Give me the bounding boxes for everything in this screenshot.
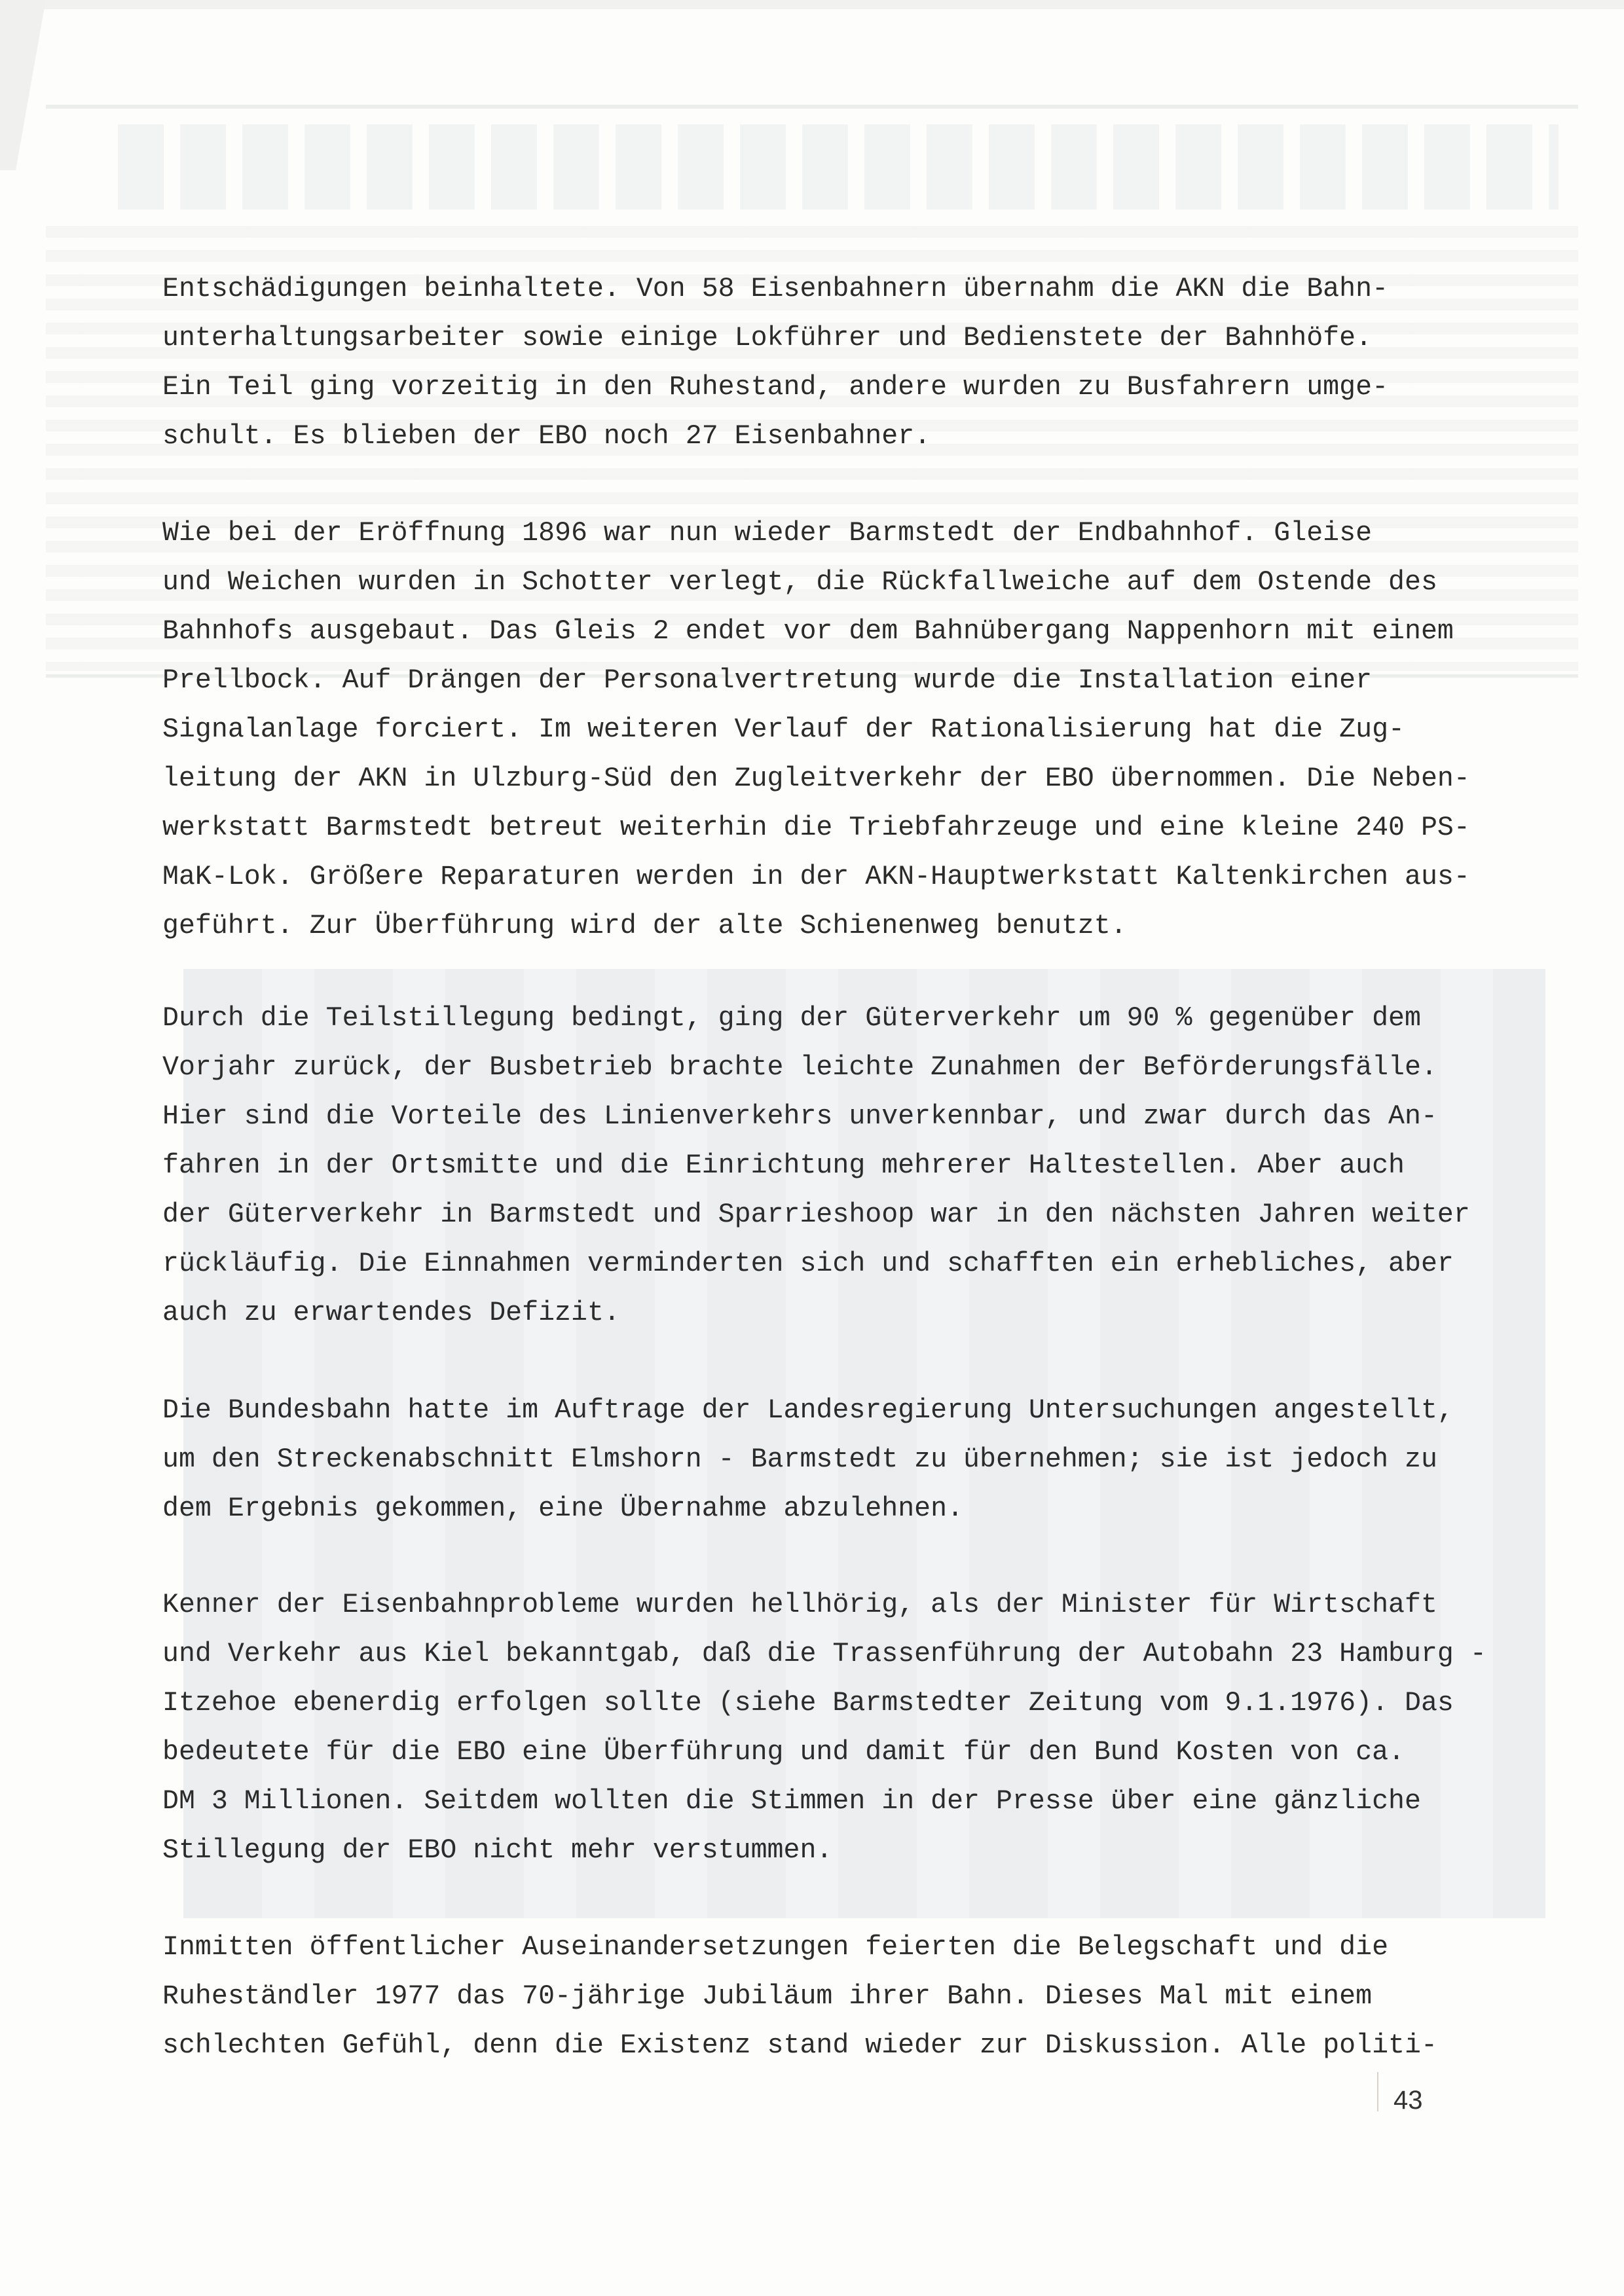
text-line: MaK-Lok. Größere Reparaturen werden in d… xyxy=(162,852,1470,902)
text-line: DM 3 Millionen. Seitdem wollten die Stim… xyxy=(162,1777,1486,1826)
text-line: leitung der AKN in Ulzburg-Süd den Zugle… xyxy=(162,754,1470,803)
text-line: der Güterverkehr in Barmstedt und Sparri… xyxy=(162,1190,1470,1239)
paragraph-bundesbahn-study: Die Bundesbahn hatte im Auftrage der Lan… xyxy=(162,1386,1454,1533)
text-line: schult. Es blieben der EBO noch 27 Eisen… xyxy=(162,412,1388,461)
text-line: schlechten Gefühl, denn die Existenz sta… xyxy=(162,2021,1437,2070)
folded-corner-shadow xyxy=(0,0,52,170)
text-line: Kenner der Eisenbahnprobleme wurden hell… xyxy=(162,1580,1486,1630)
text-line: Entschädigungen beinhaltete. Von 58 Eise… xyxy=(162,264,1388,314)
paragraph-anniversary: Inmitten öffentlicher Auseinandersetzung… xyxy=(162,1923,1437,2070)
text-line: Prellbock. Auf Drängen der Personalvertr… xyxy=(162,656,1470,705)
text-line: rückläufig. Die Einnahmen verminderten s… xyxy=(162,1239,1470,1288)
text-line: um den Streckenabschnitt Elmshorn - Barm… xyxy=(162,1435,1454,1484)
text-line: Signalanlage forciert. Im weiteren Verla… xyxy=(162,705,1470,754)
scan-edge xyxy=(0,0,1624,9)
text-line: Ein Teil ging vorzeitig in den Ruhestand… xyxy=(162,363,1388,412)
text-line: unterhaltungsarbeiter sowie einige Lokfü… xyxy=(162,314,1388,363)
text-line: auch zu erwartendes Defizit. xyxy=(162,1288,1470,1338)
show-through-headline xyxy=(118,124,1559,210)
scan-mark xyxy=(1377,2072,1378,2111)
text-line: Ruheständler 1977 das 70-jährige Jubiläu… xyxy=(162,1972,1437,2021)
text-line: Wie bei der Eröffnung 1896 war nun wiede… xyxy=(162,509,1470,558)
show-through-rule xyxy=(46,105,1578,109)
text-line: Durch die Teilstillegung bedingt, ging d… xyxy=(162,994,1470,1043)
text-line: und Weichen wurden in Schotter verlegt, … xyxy=(162,558,1470,607)
paragraph-barmstedt-terminus: Wie bei der Eröffnung 1896 war nun wiede… xyxy=(162,509,1470,951)
text-line: werkstatt Barmstedt betreut weiterhin di… xyxy=(162,803,1470,852)
text-line: Hier sind die Vorteile des Linienverkehr… xyxy=(162,1092,1470,1141)
text-line: bedeutete für die EBO eine Überführung u… xyxy=(162,1728,1486,1777)
text-line: und Verkehr aus Kiel bekanntgab, daß die… xyxy=(162,1630,1486,1679)
text-line: geführt. Zur Überführung wird der alte S… xyxy=(162,902,1470,951)
paragraph-autobahn-crossing: Kenner der Eisenbahnprobleme wurden hell… xyxy=(162,1580,1486,1875)
text-line: Bahnhofs ausgebaut. Das Gleis 2 endet vo… xyxy=(162,607,1470,656)
text-line: Itzehoe ebenerdig erfolgen sollte (siehe… xyxy=(162,1679,1486,1728)
paragraph-staff-transfer: Entschädigungen beinhaltete. Von 58 Eise… xyxy=(162,264,1388,461)
text-line: Inmitten öffentlicher Auseinandersetzung… xyxy=(162,1923,1437,1972)
text-line: Stillegung der EBO nicht mehr verstummen… xyxy=(162,1826,1486,1875)
page-number: 43 xyxy=(1393,2086,1423,2115)
text-line: Vorjahr zurück, der Busbetrieb brachte l… xyxy=(162,1043,1470,1092)
paragraph-freight-decline: Durch die Teilstillegung bedingt, ging d… xyxy=(162,994,1470,1338)
text-line: fahren in der Ortsmitte und die Einricht… xyxy=(162,1141,1470,1190)
text-line: Die Bundesbahn hatte im Auftrage der Lan… xyxy=(162,1386,1454,1435)
text-line: dem Ergebnis gekommen, eine Übernahme ab… xyxy=(162,1484,1454,1533)
